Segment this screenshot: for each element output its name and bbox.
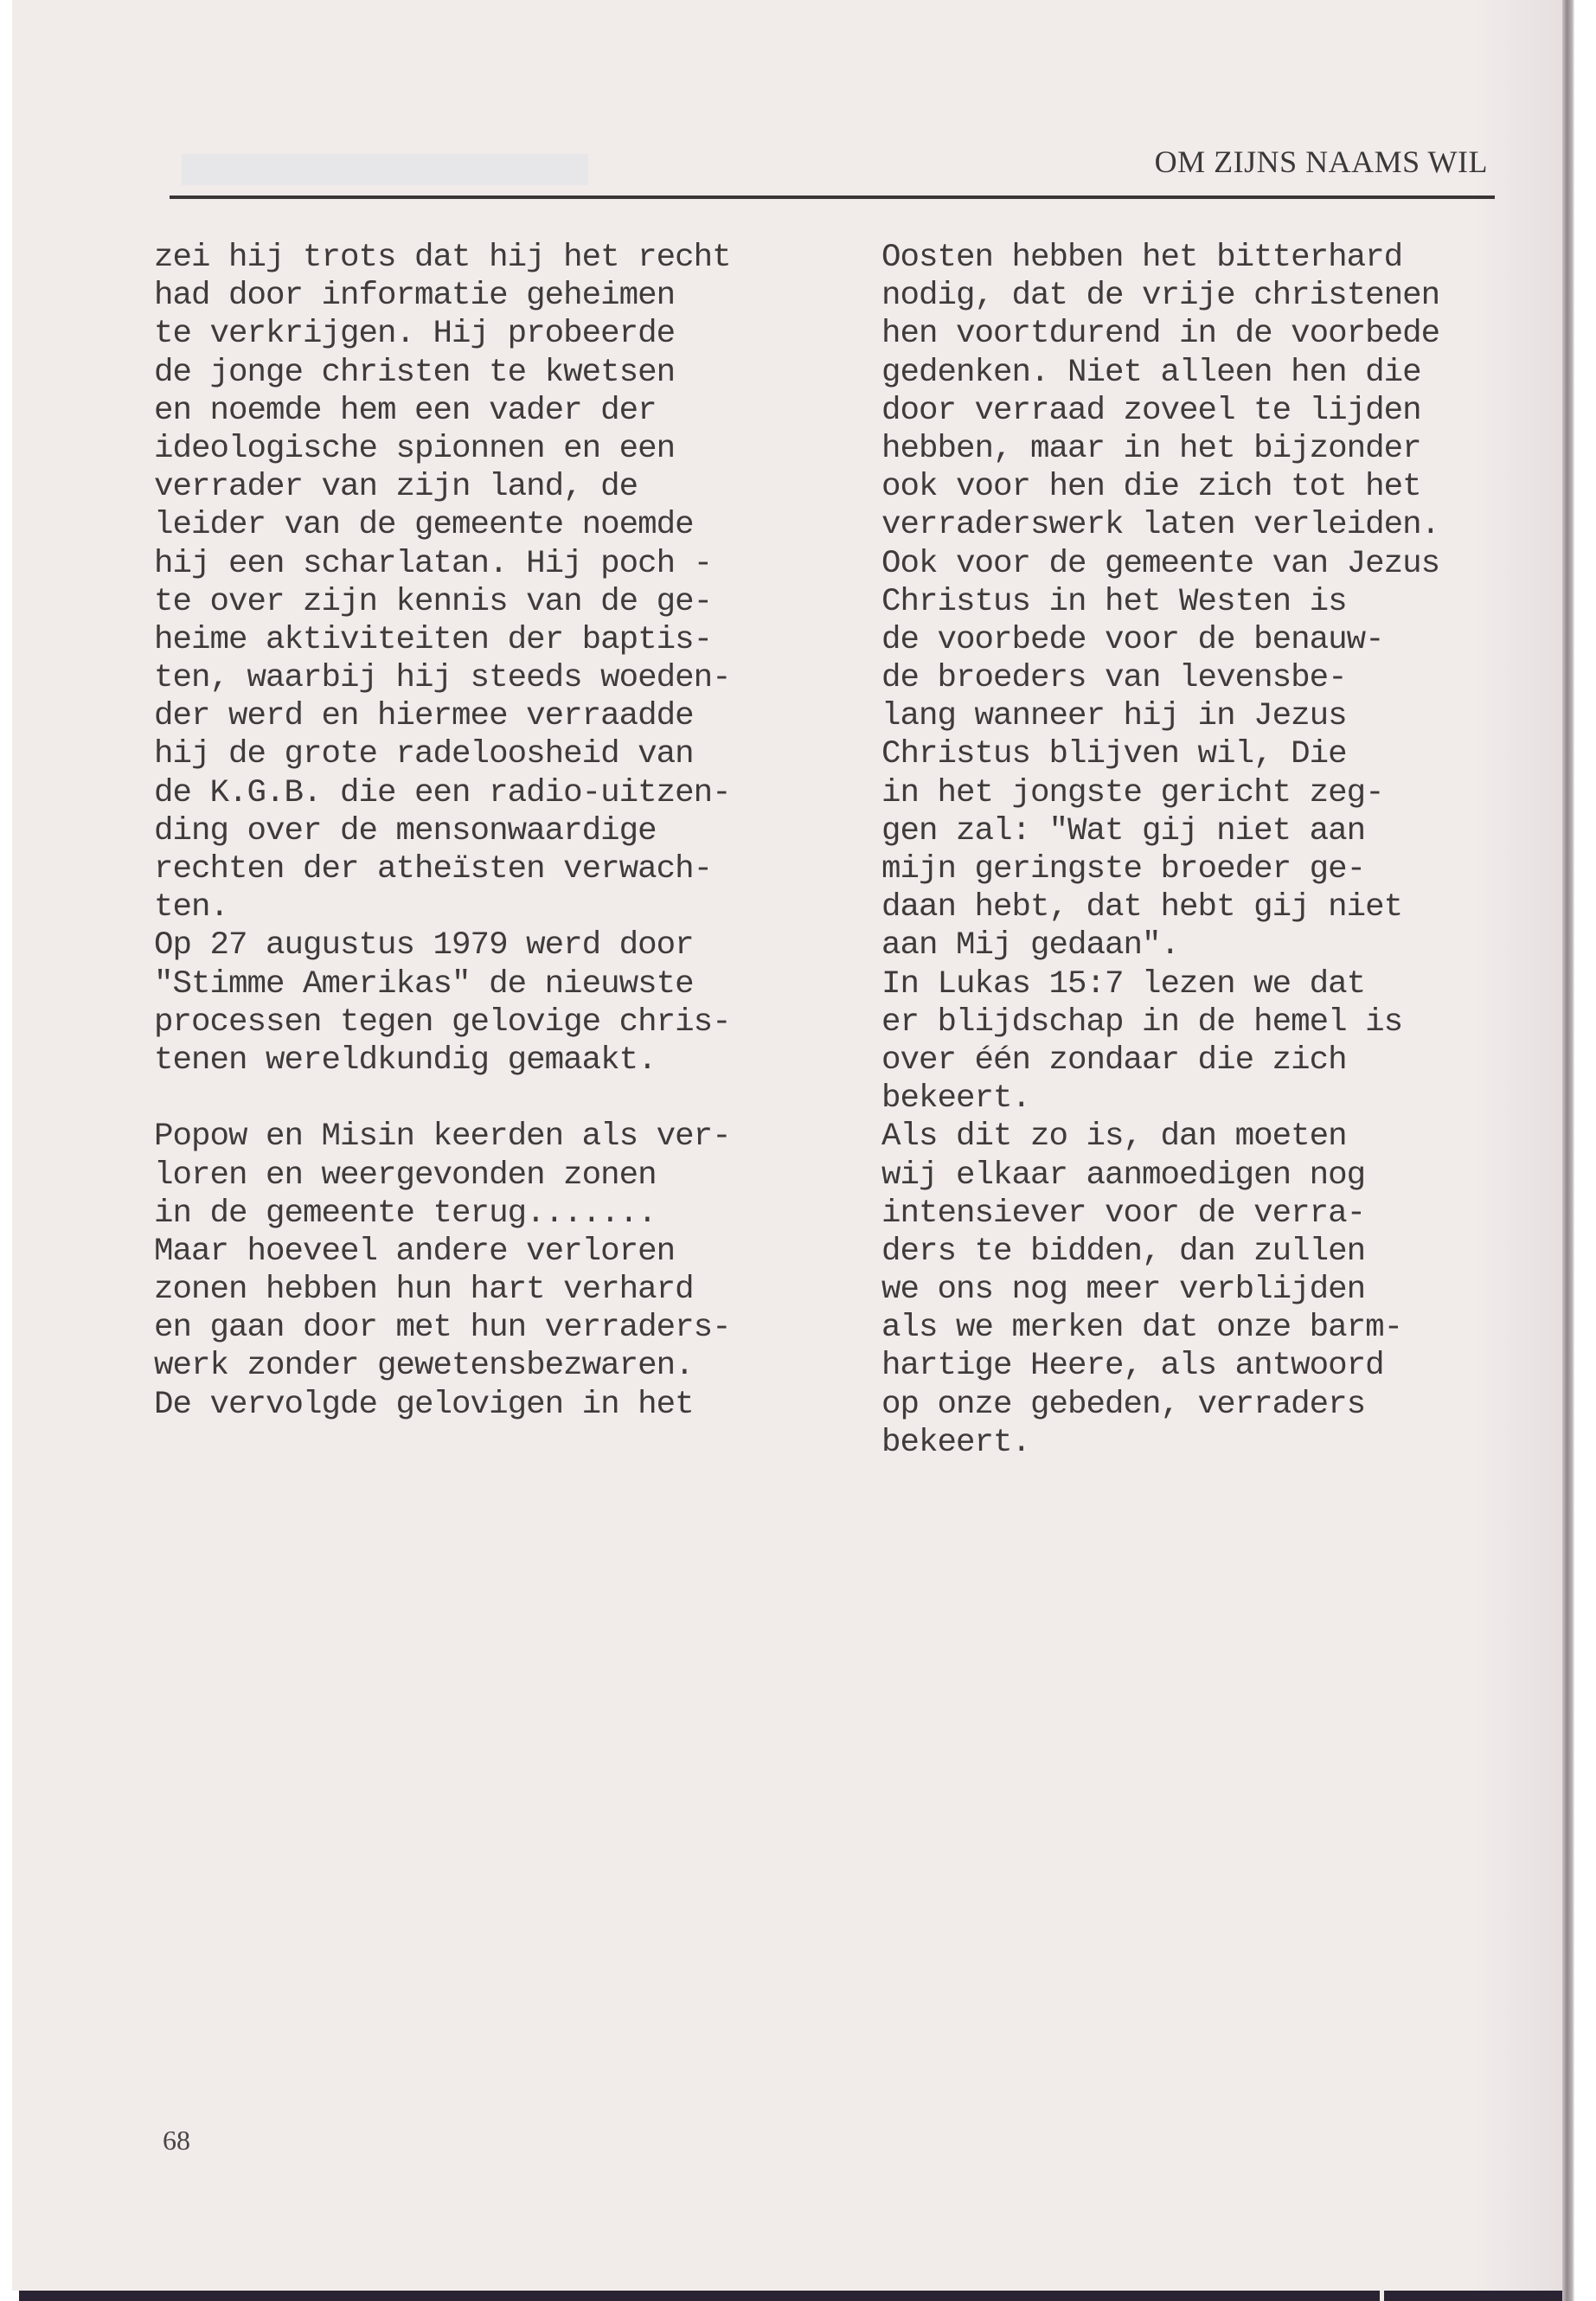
text-line: in het jongste gericht zeg- bbox=[881, 774, 1439, 812]
text-line: had door informatie geheimen bbox=[154, 277, 731, 315]
text-line: hen voortdurend in de voorbede bbox=[881, 315, 1439, 353]
text-line: processen tegen gelovige chris- bbox=[154, 1003, 731, 1042]
left-text-column: zei hij trots dat hij het rechthad door … bbox=[154, 239, 731, 1424]
text-line: Op 27 augustus 1979 werd door bbox=[154, 926, 731, 965]
text-line: te verkrijgen. Hij probeerde bbox=[154, 315, 731, 353]
text-line: Ook voor de gemeente van Jezus bbox=[881, 545, 1439, 583]
text-line: wij elkaar aanmoedigen nog bbox=[881, 1157, 1439, 1195]
page-edge-shading bbox=[1471, 0, 1562, 2291]
text-line: ook voor hen die zich tot het bbox=[881, 468, 1439, 506]
text-line: ideologische spionnen en een bbox=[154, 430, 731, 468]
text-line: er blijdschap in de hemel is bbox=[881, 1003, 1439, 1042]
text-line: lang wanneer hij in Jezus bbox=[881, 697, 1439, 735]
text-line: ding over de mensonwaardige bbox=[154, 812, 731, 850]
text-line: en noemde hem een vader der bbox=[154, 392, 731, 430]
text-line: In Lukas 15:7 lezen we dat bbox=[881, 965, 1439, 1003]
page-number: 68 bbox=[163, 2125, 190, 2157]
text-line: als we merken dat onze barm- bbox=[881, 1309, 1439, 1347]
scan-bottom-edge bbox=[19, 2291, 1562, 2301]
text-line: hij een scharlatan. Hij poch - bbox=[154, 545, 731, 583]
text-line: in de gemeente terug....... bbox=[154, 1195, 731, 1233]
text-line: aan Mij gedaan". bbox=[881, 926, 1439, 965]
text-line: Christus blijven wil, Die bbox=[881, 735, 1439, 773]
text-line: der werd en hiermee verraadde bbox=[154, 697, 731, 735]
scan-edge-notch bbox=[1380, 2289, 1384, 2301]
text-line: mijn geringste broeder ge- bbox=[881, 850, 1439, 888]
text-line: en gaan door met hun verraders- bbox=[154, 1309, 731, 1347]
text-line: intensiever voor de verra- bbox=[881, 1195, 1439, 1233]
running-header-title: OM ZIJNS NAAMS WIL bbox=[952, 144, 1488, 180]
text-line: de voorbede voor de benauw- bbox=[881, 621, 1439, 659]
text-line: verrader van zijn land, de bbox=[154, 468, 731, 506]
text-line: door verraad zoveel te lijden bbox=[881, 392, 1439, 430]
text-line: de broeders van levensbe- bbox=[881, 659, 1439, 697]
right-text-column: Oosten hebben het bitterhardnodig, dat d… bbox=[881, 239, 1439, 1462]
text-line: Maar hoeveel andere verloren bbox=[154, 1233, 731, 1271]
text-line: op onze gebeden, verraders bbox=[881, 1386, 1439, 1424]
text-line: zei hij trots dat hij het recht bbox=[154, 239, 731, 277]
text-line: hij de grote radeloosheid van bbox=[154, 735, 731, 773]
text-line: hebben, maar in het bijzonder bbox=[881, 430, 1439, 468]
text-line: te over zijn kennis van de ge- bbox=[154, 583, 731, 621]
text-line: leider van de gemeente noemde bbox=[154, 506, 731, 544]
text-line: loren en weergevonden zonen bbox=[154, 1157, 731, 1195]
text-line: De vervolgde gelovigen in het bbox=[154, 1386, 731, 1424]
text-line: heime aktiviteiten der baptis- bbox=[154, 621, 731, 659]
text-line: nodig, dat de vrije christenen bbox=[881, 277, 1439, 315]
text-line: zonen hebben hun hart verhard bbox=[154, 1271, 731, 1309]
text-line: "Stimme Amerikas" de nieuwste bbox=[154, 965, 731, 1003]
text-line: de K.G.B. die een radio-uitzen- bbox=[154, 774, 731, 812]
text-line: ten, waarbij hij steeds woeden- bbox=[154, 659, 731, 697]
text-line: gedenken. Niet alleen hen die bbox=[881, 354, 1439, 392]
text-line: ders te bidden, dan zullen bbox=[881, 1233, 1439, 1271]
text-line: Als dit zo is, dan moeten bbox=[881, 1118, 1439, 1156]
text-line: over één zondaar die zich bbox=[881, 1042, 1439, 1080]
text-line: bekeert. bbox=[881, 1424, 1439, 1462]
text-line: Oosten hebben het bitterhard bbox=[881, 239, 1439, 277]
text-line: de jonge christen te kwetsen bbox=[154, 354, 731, 392]
text-line: verraderswerk laten verleiden. bbox=[881, 506, 1439, 544]
text-line: Popow en Misin keerden als ver- bbox=[154, 1118, 731, 1156]
text-line: daan hebt, dat hebt gij niet bbox=[881, 888, 1439, 926]
faint-bleedthrough bbox=[182, 154, 588, 185]
text-line: tenen wereldkundig gemaakt. bbox=[154, 1042, 731, 1080]
text-line: gen zal: "Wat gij niet aan bbox=[881, 812, 1439, 850]
text-line: werk zonder gewetensbezwaren. bbox=[154, 1347, 731, 1385]
text-line: Christus in het Westen is bbox=[881, 583, 1439, 621]
text-line: we ons nog meer verblijden bbox=[881, 1271, 1439, 1309]
text-line: bekeert. bbox=[881, 1080, 1439, 1118]
header-rule bbox=[170, 195, 1495, 199]
text-line: hartige Heere, als antwoord bbox=[881, 1347, 1439, 1385]
text-line: rechten der atheïsten verwach- bbox=[154, 850, 731, 888]
paragraph-break bbox=[154, 1080, 731, 1118]
page-binding-shadow bbox=[1562, 0, 1574, 2301]
text-line: ten. bbox=[154, 888, 731, 926]
